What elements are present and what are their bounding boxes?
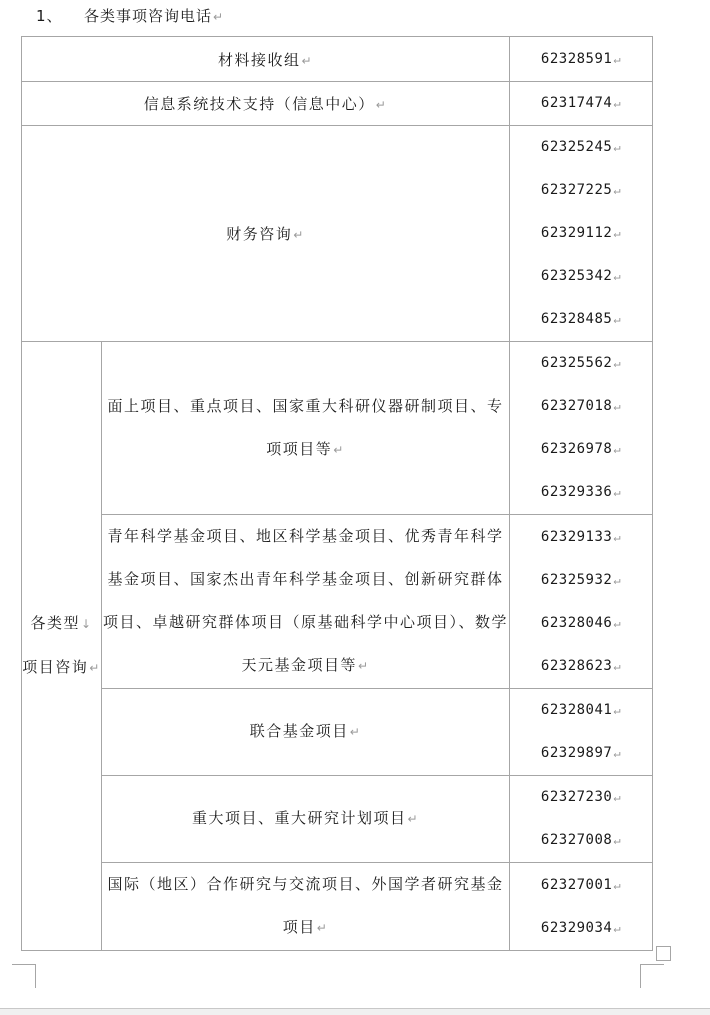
table-row: 各类型↓ 项目咨询↵ 面上项目、重点项目、国家重大科研仪器研制项目、专项项目等↵… — [22, 342, 653, 515]
paragraph-mark-icon: ↵ — [613, 573, 621, 587]
paragraph-mark-icon: ↵ — [213, 10, 224, 24]
phone-number: 62327008↵ — [510, 819, 652, 862]
paragraph-mark-icon: ↵ — [293, 228, 305, 242]
phone-number: 62325562↵ — [510, 342, 652, 385]
phone-cell[interactable]: 62328591↵ — [510, 37, 653, 82]
phone-number: 62329112↵ — [510, 212, 652, 255]
project-type-cell[interactable]: 青年科学基金项目、地区科学基金项目、优秀青年科学基金项目、国家杰出青年科学基金项… — [102, 515, 510, 689]
paragraph-mark-icon: ↵ — [613, 921, 621, 935]
row-label-cell[interactable]: 材料接收组↵ — [22, 37, 510, 82]
phone-number: 62327230↵ — [510, 776, 652, 819]
paragraph-mark-icon: ↵ — [301, 54, 313, 68]
phone-number: 62326978↵ — [510, 428, 652, 471]
phone-cell[interactable]: 62328041↵ 62329897↵ — [510, 689, 653, 776]
phone-cell[interactable]: 62325245↵ 62327225↵ 62329112↵ 62325342↵ … — [510, 126, 653, 342]
phone-cell[interactable]: 62325562↵ 62327018↵ 62326978↵ 62329336↵ — [510, 342, 653, 515]
paragraph-mark-icon: ↵ — [613, 833, 621, 847]
row-label-cell[interactable]: 信息系统技术支持（信息中心）↵ — [22, 82, 510, 126]
phone-cell[interactable]: 62327001↵ 62329034↵ — [510, 863, 653, 951]
paragraph-mark-icon: ↵ — [613, 485, 621, 499]
phone-number: 62325342↵ — [510, 255, 652, 298]
paragraph-mark-icon: ↵ — [613, 442, 621, 456]
paragraph-mark-icon: ↵ — [613, 269, 621, 283]
paragraph-mark-icon: ↵ — [613, 530, 621, 544]
paragraph-mark-icon: ↵ — [333, 443, 345, 457]
table-row: 联合基金项目↵ 62328041↵ 62329897↵ — [22, 689, 653, 776]
table-row: 青年科学基金项目、地区科学基金项目、优秀青年科学基金项目、国家杰出青年科学基金项… — [22, 515, 653, 689]
phone-number: 62329133↵ — [510, 516, 652, 559]
paragraph-mark-icon: ↵ — [376, 98, 388, 112]
phone-cell[interactable]: 62327230↵ 62327008↵ — [510, 776, 653, 863]
paragraph-mark-icon: ↵ — [613, 312, 621, 326]
category-cell[interactable]: 各类型↓ 项目咨询↵ — [22, 342, 102, 951]
page-margin-corner-right-icon — [640, 964, 664, 988]
page-margin-corner-left-icon — [12, 964, 36, 988]
table-resize-handle[interactable] — [656, 946, 671, 961]
phone-number: 62328591↵ — [510, 38, 652, 81]
project-type-cell[interactable]: 面上项目、重点项目、国家重大科研仪器研制项目、专项项目等↵ — [102, 342, 510, 515]
paragraph-mark-icon: ↵ — [613, 183, 621, 197]
table-row: 财务咨询↵ 62325245↵ 62327225↵ 62329112↵ 6232… — [22, 126, 653, 342]
phone-number: 62329034↵ — [510, 907, 652, 950]
project-type-cell[interactable]: 国际（地区）合作研究与交流项目、外国学者研究基金项目↵ — [102, 863, 510, 951]
paragraph-mark-icon: ↵ — [613, 703, 621, 717]
phone-number: 62329336↵ — [510, 471, 652, 514]
table-row: 信息系统技术支持（信息中心）↵ 62317474↵ — [22, 82, 653, 126]
paragraph-mark-icon: ↵ — [613, 399, 621, 413]
line-break-mark-icon: ↓ — [81, 617, 93, 631]
phone-number: 62328623↵ — [510, 645, 652, 688]
phone-number: 62329897↵ — [510, 732, 652, 775]
heading-number: 1、 — [36, 5, 84, 27]
table-row: 国际（地区）合作研究与交流项目、外国学者研究基金项目↵ 62327001↵ 62… — [22, 863, 653, 951]
project-type-cell[interactable]: 联合基金项目↵ — [102, 689, 510, 776]
phone-number: 62327225↵ — [510, 169, 652, 212]
paragraph-mark-icon: ↵ — [613, 659, 621, 673]
paragraph-mark-icon: ↵ — [613, 790, 621, 804]
row-label-cell[interactable]: 财务咨询↵ — [22, 126, 510, 342]
phone-number: 62317474↵ — [510, 82, 652, 125]
phone-number: 62328046↵ — [510, 602, 652, 645]
phone-number: 62325245↵ — [510, 126, 652, 169]
phone-number: 62328485↵ — [510, 298, 652, 341]
phone-number: 62325932↵ — [510, 559, 652, 602]
phone-number: 62327001↵ — [510, 864, 652, 907]
paragraph-mark-icon: ↵ — [613, 616, 621, 630]
phone-cell[interactable]: 62317474↵ — [510, 82, 653, 126]
table-row: 材料接收组↵ 62328591↵ — [22, 37, 653, 82]
paragraph-mark-icon: ↵ — [89, 661, 101, 675]
project-type-label: 青年科学基金项目、地区科学基金项目、优秀青年科学基金项目、国家杰出青年科学基金项… — [103, 527, 508, 674]
page-bottom-edge — [0, 1008, 710, 1015]
phone-number: 62328041↵ — [510, 689, 652, 732]
row-label: 材料接收组 — [218, 51, 301, 69]
contact-table: 材料接收组↵ 62328591↵ 信息系统技术支持（信息中心）↵ 6231747… — [21, 36, 653, 951]
project-type-label: 联合基金项目 — [250, 722, 349, 740]
category-label: 各类型↓ — [22, 602, 101, 646]
phone-cell[interactable]: 62329133↵ 62325932↵ 62328046↵ 62328623↵ — [510, 515, 653, 689]
paragraph-mark-icon: ↵ — [613, 878, 621, 892]
table-row: 重大项目、重大研究计划项目↵ 62327230↵ 62327008↵ — [22, 776, 653, 863]
paragraph-mark-icon: ↵ — [407, 812, 419, 826]
paragraph-mark-icon: ↵ — [613, 52, 621, 66]
paragraph-mark-icon: ↵ — [358, 659, 370, 673]
paragraph-mark-icon: ↵ — [613, 746, 621, 760]
section-heading: 1、各类事项咨询电话↵ — [36, 5, 224, 27]
paragraph-mark-icon: ↵ — [350, 725, 362, 739]
paragraph-mark-icon: ↵ — [613, 226, 621, 240]
project-type-label: 面上项目、重点项目、国家重大科研仪器研制项目、专项项目等 — [107, 397, 503, 458]
project-type-label: 国际（地区）合作研究与交流项目、外国学者研究基金项目 — [107, 875, 503, 936]
project-type-cell[interactable]: 重大项目、重大研究计划项目↵ — [102, 776, 510, 863]
paragraph-mark-icon: ↵ — [613, 140, 621, 154]
row-label: 信息系统技术支持（信息中心） — [144, 95, 375, 113]
paragraph-mark-icon: ↵ — [317, 921, 329, 935]
paragraph-mark-icon: ↵ — [613, 96, 621, 110]
row-label: 财务咨询 — [226, 225, 292, 243]
paragraph-mark-icon: ↵ — [613, 356, 621, 370]
project-type-label: 重大项目、重大研究计划项目 — [192, 809, 407, 827]
phone-number: 62327018↵ — [510, 385, 652, 428]
heading-title: 各类事项咨询电话 — [84, 7, 212, 25]
category-label: 项目咨询↵ — [22, 646, 101, 690]
